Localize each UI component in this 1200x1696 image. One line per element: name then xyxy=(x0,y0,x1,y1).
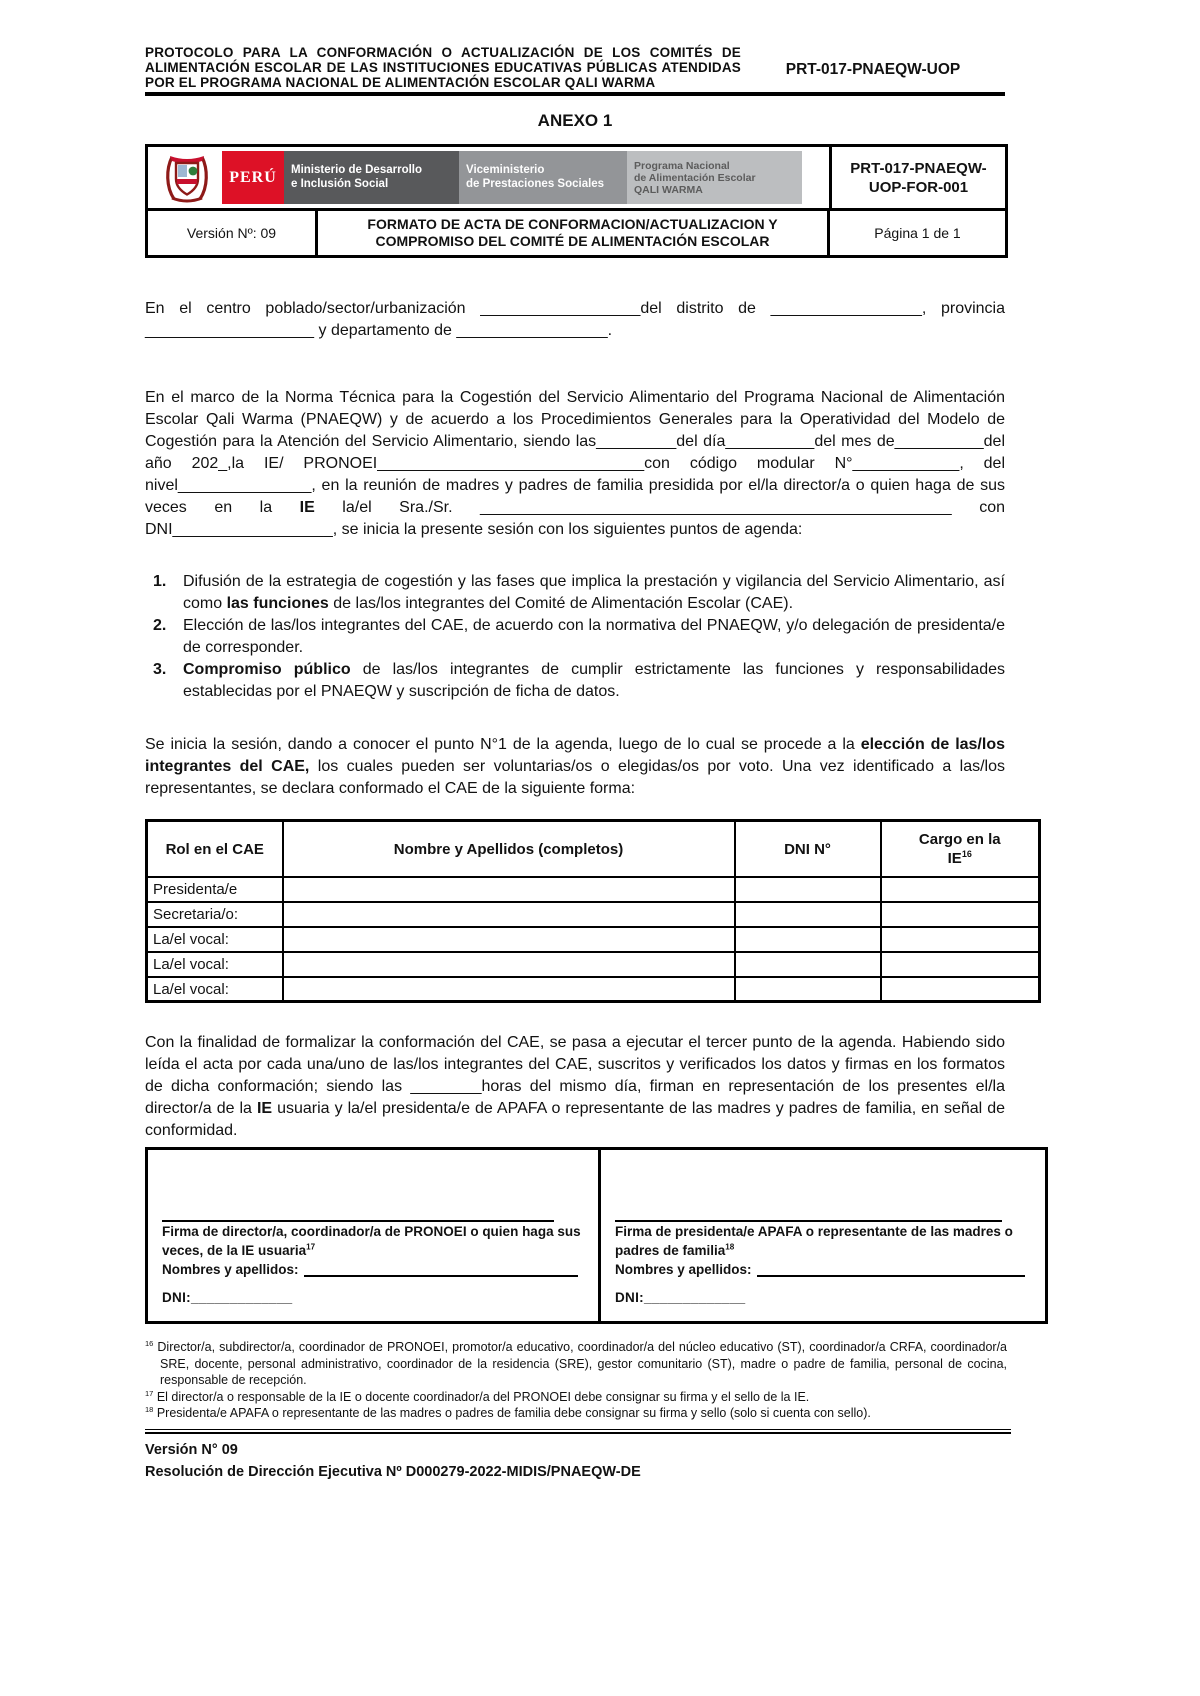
agenda-item-text: Difusión de la estrategia de cogestión y… xyxy=(183,571,1005,615)
role-cell: Secretaria/o: xyxy=(147,902,283,927)
footnote-18: 18 Presidenta/e APAFA o representante de… xyxy=(145,1405,1007,1422)
table-row: La/el vocal: xyxy=(147,977,1040,1002)
program-line2: de Alimentación Escolar xyxy=(634,172,795,184)
table-row: La/el vocal: xyxy=(147,952,1040,977)
footer-version: Versión N° 09 xyxy=(145,1439,1005,1461)
names-row: Nombres y apellidos: xyxy=(162,1262,584,1277)
header-dni: DNI N° xyxy=(735,821,881,877)
footer-resolution: Resolución de Dirección Ejecutiva Nº D00… xyxy=(145,1461,1005,1483)
viceministry-line1: Viceministerio xyxy=(466,164,620,178)
program-line1: Programa Nacional xyxy=(634,160,795,172)
name-cell xyxy=(283,877,735,902)
logo-strip: PERÚ Ministerio de Desarrollo e Inclusió… xyxy=(148,147,832,208)
name-cell xyxy=(283,977,735,1002)
dni-cell xyxy=(735,902,881,927)
protocol-title: PROTOCOLO PARA LA CONFORMACIÓN O ACTUALI… xyxy=(145,46,741,90)
names-blank-line xyxy=(304,1262,578,1277)
agenda-item-text: Elección de las/los integrantes del CAE,… xyxy=(183,615,1005,659)
anexo-title: ANEXO 1 xyxy=(145,111,1005,131)
role-cell: La/el vocal: xyxy=(147,927,283,952)
protocol-code: PRT-017-PNAEQW-UOP xyxy=(741,46,1005,90)
names-blank-line xyxy=(757,1262,1025,1277)
dni-cell xyxy=(735,877,881,902)
agenda-item: 2. Elección de las/los integrantes del C… xyxy=(145,615,1005,659)
header-cargo: Cargo en laIE16 xyxy=(881,821,1040,877)
page-number: Página 1 de 1 xyxy=(830,211,1005,255)
dni-cell xyxy=(735,927,881,952)
table-header-row: Rol en el CAE Nombre y Apellidos (comple… xyxy=(147,821,1040,877)
agenda-item-number: 2. xyxy=(145,615,183,659)
name-cell xyxy=(283,927,735,952)
cargo-cell xyxy=(881,877,1040,902)
dni-cell xyxy=(735,952,881,977)
running-header: PROTOCOLO PARA LA CONFORMACIÓN O ACTUALI… xyxy=(145,46,1005,90)
logo-row: PERÚ Ministerio de Desarrollo e Inclusió… xyxy=(148,147,1005,211)
page-content: PROTOCOLO PARA LA CONFORMACIÓN O ACTUALI… xyxy=(145,46,1005,1483)
ministry-block: Ministerio de Desarrollo e Inclusión Soc… xyxy=(284,151,459,204)
paragraph-intro: En el marco de la Norma Técnica para la … xyxy=(145,387,1005,541)
table-row: Presidenta/e xyxy=(147,877,1040,902)
agenda-list: 1. Difusión de la estrategia de cogestió… xyxy=(145,571,1005,703)
footnote-16: 16 Director/a, subdirector/a, coordinado… xyxy=(145,1339,1007,1389)
form-code: PRT-017-PNAEQW-UOP-FOR-001 xyxy=(832,147,1005,208)
dni-label: DNI: xyxy=(615,1290,644,1305)
peru-coat-of-arms-icon xyxy=(152,151,222,204)
footnotes: 16 Director/a, subdirector/a, coordinado… xyxy=(145,1339,1007,1422)
ministry-line2: e Inclusión Social xyxy=(291,178,452,192)
cargo-cell xyxy=(881,902,1040,927)
agenda-item: 1. Difusión de la estrategia de cogestió… xyxy=(145,571,1005,615)
viceministry-line2: de Prestaciones Sociales xyxy=(466,178,620,192)
dni-label: DNI: xyxy=(162,1290,191,1305)
form-title-row: Versión Nº: 09 FORMATO DE ACTA DE CONFOR… xyxy=(148,211,1005,255)
peru-wordmark: PERÚ xyxy=(222,151,284,204)
cae-members-table: Rol en el CAE Nombre y Apellidos (comple… xyxy=(145,819,1041,1003)
agenda-item-number: 1. xyxy=(145,571,183,615)
document-page: { "colors": { "brand_red": "#DD1126", "g… xyxy=(0,0,1200,1696)
form-title: FORMATO DE ACTA DE CONFORMACION/ACTUALIZ… xyxy=(318,211,830,255)
paragraph-formalization: Con la finalidad de formalizar la confor… xyxy=(145,1032,1005,1142)
table-row: Secretaria/o: xyxy=(147,902,1040,927)
signature-line xyxy=(615,1220,1002,1222)
footer-rule xyxy=(145,1429,1011,1434)
paragraph-location: En el centro poblado/sector/urbanización… xyxy=(145,298,1005,342)
dni-row: DNI:_____________ xyxy=(615,1290,1031,1305)
names-row: Nombres y apellidos: xyxy=(615,1262,1031,1277)
agenda-item-text: Compromiso público de las/los integrante… xyxy=(183,659,1005,703)
table-row: La/el vocal: xyxy=(147,927,1040,952)
signature-box: Firma de director/a, coordinador/a de PR… xyxy=(145,1147,1048,1324)
role-cell: Presidenta/e xyxy=(147,877,283,902)
signature-director: Firma de director/a, coordinador/a de PR… xyxy=(148,1150,601,1321)
names-label: Nombres y apellidos: xyxy=(162,1262,299,1277)
header-name: Nombre y Apellidos (completos) xyxy=(283,821,735,877)
agenda-item-number: 3. xyxy=(145,659,183,703)
role-cell: La/el vocal: xyxy=(147,977,283,1002)
peru-label: PERÚ xyxy=(229,169,277,187)
signature-apafa: Firma de presidenta/e APAFA o representa… xyxy=(601,1150,1045,1321)
program-block: Programa Nacional de Alimentación Escola… xyxy=(627,151,802,204)
name-cell xyxy=(283,902,735,927)
footnote-17: 17 El director/a o responsable de la IE … xyxy=(145,1389,1007,1406)
paragraph-election: Se inicia la sesión, dando a conocer el … xyxy=(145,734,1005,800)
header-rule xyxy=(145,92,1005,96)
dni-blank-line: _____________ xyxy=(644,1290,746,1305)
signature-caption: Firma de director/a, coordinador/a de PR… xyxy=(162,1223,584,1260)
role-cell: La/el vocal: xyxy=(147,952,283,977)
cargo-cell xyxy=(881,952,1040,977)
signature-line xyxy=(162,1220,554,1222)
dni-row: DNI:_____________ xyxy=(162,1290,584,1305)
cargo-cell xyxy=(881,977,1040,1002)
ministry-line1: Ministerio de Desarrollo xyxy=(291,164,452,178)
signature-caption: Firma de presidenta/e APAFA o representa… xyxy=(615,1223,1031,1260)
dni-cell xyxy=(735,977,881,1002)
agenda-item: 3. Compromiso público de las/los integra… xyxy=(145,659,1005,703)
cargo-cell xyxy=(881,927,1040,952)
names-label: Nombres y apellidos: xyxy=(615,1262,752,1277)
page-footer: Versión N° 09 Resolución de Dirección Ej… xyxy=(145,1439,1005,1483)
name-cell xyxy=(283,952,735,977)
viceministry-block: Viceministerio de Prestaciones Sociales xyxy=(459,151,627,204)
program-line3: QALI WARMA xyxy=(634,184,795,196)
version-cell: Versión Nº: 09 xyxy=(148,211,318,255)
dni-blank-line: _____________ xyxy=(191,1290,293,1305)
header-role: Rol en el CAE xyxy=(147,821,283,877)
logo-header-table: PERÚ Ministerio de Desarrollo e Inclusió… xyxy=(145,144,1008,258)
